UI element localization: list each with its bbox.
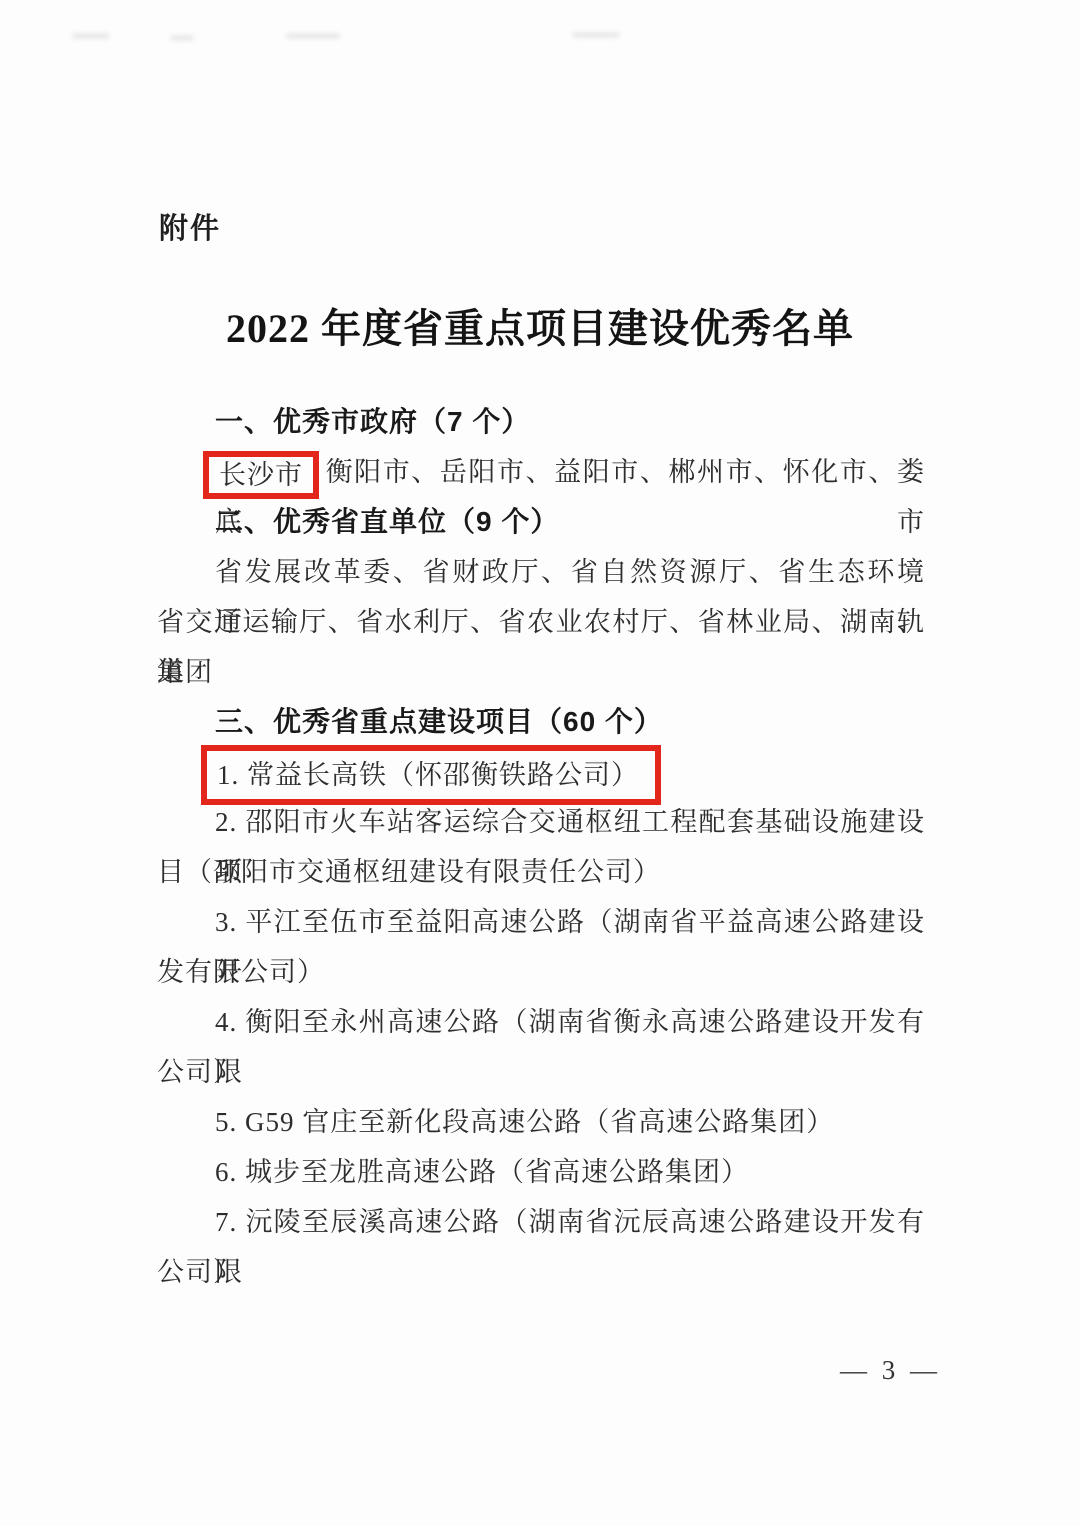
unit-list-line: 集团 <box>157 647 925 697</box>
scan-artifact <box>72 33 110 39</box>
document-title: 2022 年度省重点项目建设优秀名单 <box>0 297 1080 354</box>
document-body: 一、优秀市政府（7 个） 长沙市衡阳市、岳阳市、益阳市、郴州市、怀化市、娄底市 … <box>157 397 925 1297</box>
project-item-2: 2. 邵阳市火车站客运综合交通枢纽工程配套基础设施建设项 <box>157 797 925 847</box>
project-item-7-cont: 公司） <box>157 1247 925 1297</box>
city-list-line: 长沙市衡阳市、岳阳市、益阳市、郴州市、怀化市、娄底市 <box>157 447 925 497</box>
section-3-heading: 三、优秀省重点建设项目（60 个） <box>157 697 925 747</box>
project-item-1: 1. 常益长高铁（怀邵衡铁路公司） <box>157 747 925 797</box>
highlight-box-project-1: 1. 常益长高铁（怀邵衡铁路公司） <box>201 745 661 805</box>
project-item-4-cont: 公司） <box>157 1047 925 1097</box>
project-item-2-cont: 目（邵阳市交通枢纽建设有限责任公司） <box>157 847 925 897</box>
scan-artifact <box>286 33 340 39</box>
project-item-1-text: 1. 常益长高铁（怀邵衡铁路公司） <box>217 760 639 790</box>
attachment-label: 附件 <box>159 206 221 247</box>
unit-list-line: 省交通运输厅、省水利厅、省农业农村厅、省林业局、湖南轨道 <box>157 597 925 647</box>
project-item-3: 3. 平江至伍市至益阳高速公路（湖南省平益高速公路建设开 <box>157 897 925 947</box>
page-number: — 3 — <box>840 1355 941 1386</box>
project-item-4: 4. 衡阳至永州高速公路（湖南省衡永高速公路建设开发有限 <box>157 997 925 1047</box>
project-item-3-cont: 发有限公司） <box>157 947 925 997</box>
unit-list-line: 省发展改革委、省财政厅、省自然资源厅、省生态环境厅、 <box>157 547 925 597</box>
section-1-heading: 一、优秀市政府（7 个） <box>157 397 925 447</box>
project-item-7: 7. 沅陵至辰溪高速公路（湖南省沅辰高速公路建设开发有限 <box>157 1197 925 1247</box>
project-item-5: 5. G59 官庄至新化段高速公路（省高速公路集团） <box>157 1097 925 1147</box>
scan-artifact <box>572 32 620 38</box>
document-page: 附件 2022 年度省重点项目建设优秀名单 一、优秀市政府（7 个） 长沙市衡阳… <box>0 0 1080 1526</box>
highlighted-city: 长沙市 <box>219 460 303 490</box>
highlight-box-changsha: 长沙市 <box>203 451 319 499</box>
project-item-6: 6. 城步至龙胜高速公路（省高速公路集团） <box>157 1147 925 1197</box>
scan-artifact <box>170 35 194 41</box>
